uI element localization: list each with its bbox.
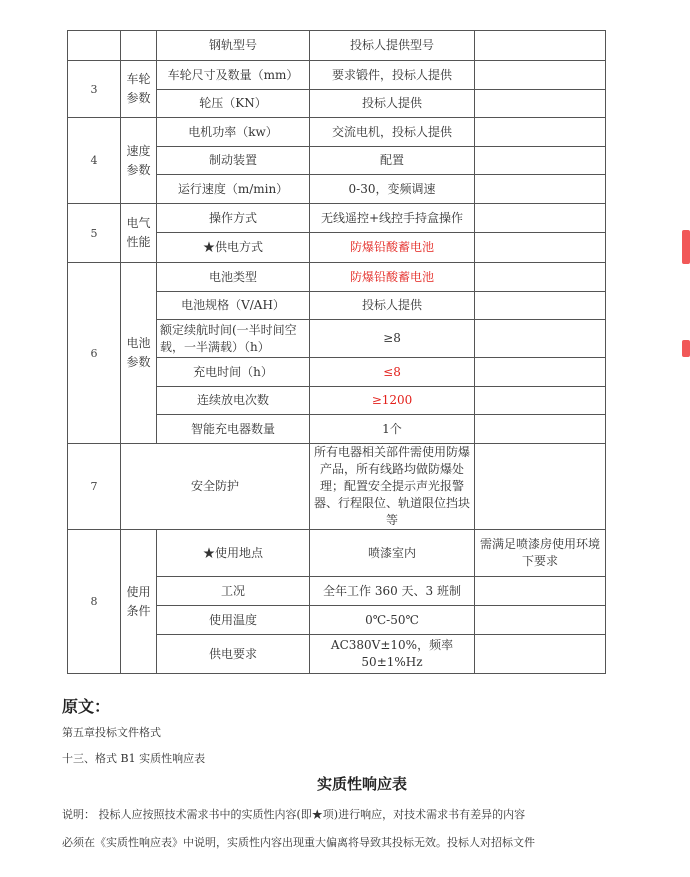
- category-label: 电气性能: [126, 216, 150, 249]
- category-label: 电池参数: [126, 336, 150, 369]
- cell-req: 喷漆室内: [310, 530, 475, 577]
- cell-remark: [475, 606, 606, 635]
- cell-remark: [475, 577, 606, 606]
- cell-category: 使用条件: [121, 530, 157, 674]
- cell-remark: [475, 387, 606, 415]
- cell-param: 连续放电次数: [157, 387, 310, 415]
- cell-req: ≥8: [310, 320, 475, 358]
- cell-req: 防爆铅酸蓄电池: [310, 233, 475, 263]
- category-label: 使用条件: [126, 585, 150, 618]
- cell-param: 供电要求: [157, 635, 310, 674]
- cell-remark: [475, 147, 606, 175]
- cell-req: 要求锻件，投标人提供: [310, 61, 475, 90]
- cell-param: 车轮尺寸及数量（mm）: [157, 61, 310, 90]
- table-row: 3 车轮参数 车轮尺寸及数量（mm） 要求锻件，投标人提供: [68, 61, 606, 90]
- cell-category: 车轮参数: [121, 61, 157, 118]
- cell-category: 电气性能: [121, 204, 157, 263]
- cell-req: 投标人提供: [310, 90, 475, 118]
- table-row: 8 使用条件 ★使用地点 喷漆室内 需满足喷漆房使用环境下要求: [68, 530, 606, 577]
- cell-no: 4: [68, 118, 121, 204]
- cell-category: 电池参数: [121, 263, 157, 444]
- cell-req: 交流电机，投标人提供: [310, 118, 475, 147]
- cell-req: 1个: [310, 415, 475, 444]
- cell-req: ≥1200: [310, 387, 475, 415]
- cell-param: 安全防护: [121, 444, 310, 530]
- cell-remark: [475, 263, 606, 292]
- cell-req: 全年工作 360 天、3 班制: [310, 577, 475, 606]
- red-seal-stamp-mark: [682, 340, 690, 357]
- cell-remark: [475, 118, 606, 147]
- cell-param: 智能充电器数量: [157, 415, 310, 444]
- spec-table: 钢轨型号 投标人提供型号 3 车轮参数 车轮尺寸及数量（mm） 要求锻件，投标人…: [67, 30, 606, 674]
- cell-req: 投标人提供型号: [310, 31, 475, 61]
- cell-remark: [475, 444, 606, 530]
- cell-req: 无线遥控+线控手持盒操作: [310, 204, 475, 233]
- cell-remark: [475, 61, 606, 90]
- cell-remark: 需满足喷漆房使用环境下要求: [475, 530, 606, 577]
- cell-remark: [475, 175, 606, 204]
- cell-param: 工况: [157, 577, 310, 606]
- document-page: 钢轨型号 投标人提供型号 3 车轮参数 车轮尺寸及数量（mm） 要求锻件，投标人…: [0, 0, 690, 877]
- cell-param: 充电时间（h）: [157, 358, 310, 387]
- note-line: 必须在《实质性响应表》中说明，实质性内容出现重大偏离将导致其投标无效。投标人对招…: [62, 836, 662, 850]
- cell-param: 电机功率（kw）: [157, 118, 310, 147]
- chapter-line: 第五章投标文件格式: [62, 726, 662, 740]
- table-row: 5 电气性能 操作方式 无线遥控+线控手持盒操作: [68, 204, 606, 233]
- cell-no: 8: [68, 530, 121, 674]
- cell-param: 操作方式: [157, 204, 310, 233]
- category-label: 速度参数: [126, 144, 150, 177]
- cell-req: 防爆铅酸蓄电池: [310, 263, 475, 292]
- cell-param: 制动装置: [157, 147, 310, 175]
- cell-param: ★使用地点: [157, 530, 310, 577]
- cell-remark: [475, 204, 606, 233]
- cell-remark: [475, 233, 606, 263]
- cell-remark: [475, 31, 606, 61]
- category-label: 车轮参数: [126, 72, 150, 105]
- cell-param: 额定续航时间(一半时间空载，一半满载）（h）: [157, 320, 310, 358]
- cell-remark: [475, 90, 606, 118]
- section-heading: 原文：: [62, 696, 662, 718]
- cell-remark: [475, 358, 606, 387]
- doc-title: 实质性响应表: [62, 774, 662, 794]
- cell-req: AC380V±10%，频率 50±1%Hz: [310, 635, 475, 674]
- cell-req: 0℃-50℃: [310, 606, 475, 635]
- cell-param: 电池规格（V/AH）: [157, 292, 310, 320]
- red-seal-stamp-mark: [682, 230, 690, 264]
- cell-category: 速度参数: [121, 118, 157, 204]
- cell-param: 运行速度（m/min）: [157, 175, 310, 204]
- cell-no: [68, 31, 121, 61]
- cell-req: 0-30，变频调速: [310, 175, 475, 204]
- cell-param: 钢轨型号: [157, 31, 310, 61]
- cell-no: 5: [68, 204, 121, 263]
- cell-param: ★供电方式: [157, 233, 310, 263]
- cell-req: 所有电器相关部件需使用防爆产品，所有线路均做防爆处理；配置安全提示声光报警器、行…: [310, 444, 475, 530]
- cell-remark: [475, 415, 606, 444]
- cell-req: ≤8: [310, 358, 475, 387]
- cell-no: 7: [68, 444, 121, 530]
- cell-no: 6: [68, 263, 121, 444]
- cell-remark: [475, 320, 606, 358]
- table-row: 4 速度参数 电机功率（kw） 交流电机，投标人提供: [68, 118, 606, 147]
- table-row: 钢轨型号 投标人提供型号: [68, 31, 606, 61]
- table-row: 6 电池参数 电池类型 防爆铅酸蓄电池: [68, 263, 606, 292]
- cell-param: 电池类型: [157, 263, 310, 292]
- table-row: 7 安全防护 所有电器相关部件需使用防爆产品，所有线路均做防爆处理；配置安全提示…: [68, 444, 606, 530]
- cell-param: 轮压（KN）: [157, 90, 310, 118]
- cell-req: 配置: [310, 147, 475, 175]
- cell-no: 3: [68, 61, 121, 118]
- cell-remark: [475, 635, 606, 674]
- cell-req: 投标人提供: [310, 292, 475, 320]
- cell-remark: [475, 292, 606, 320]
- section-line: 十三、格式 B1 实质性响应表: [62, 752, 662, 766]
- original-text-section: 原文： 第五章投标文件格式 十三、格式 B1 实质性响应表 实质性响应表 说明：…: [62, 696, 662, 850]
- note-line: 说明： 投标人应按照技术需求书中的实质性内容(即★项)进行响应，对技术需求书有差…: [62, 808, 662, 822]
- cell-category: [121, 31, 157, 61]
- cell-param: 使用温度: [157, 606, 310, 635]
